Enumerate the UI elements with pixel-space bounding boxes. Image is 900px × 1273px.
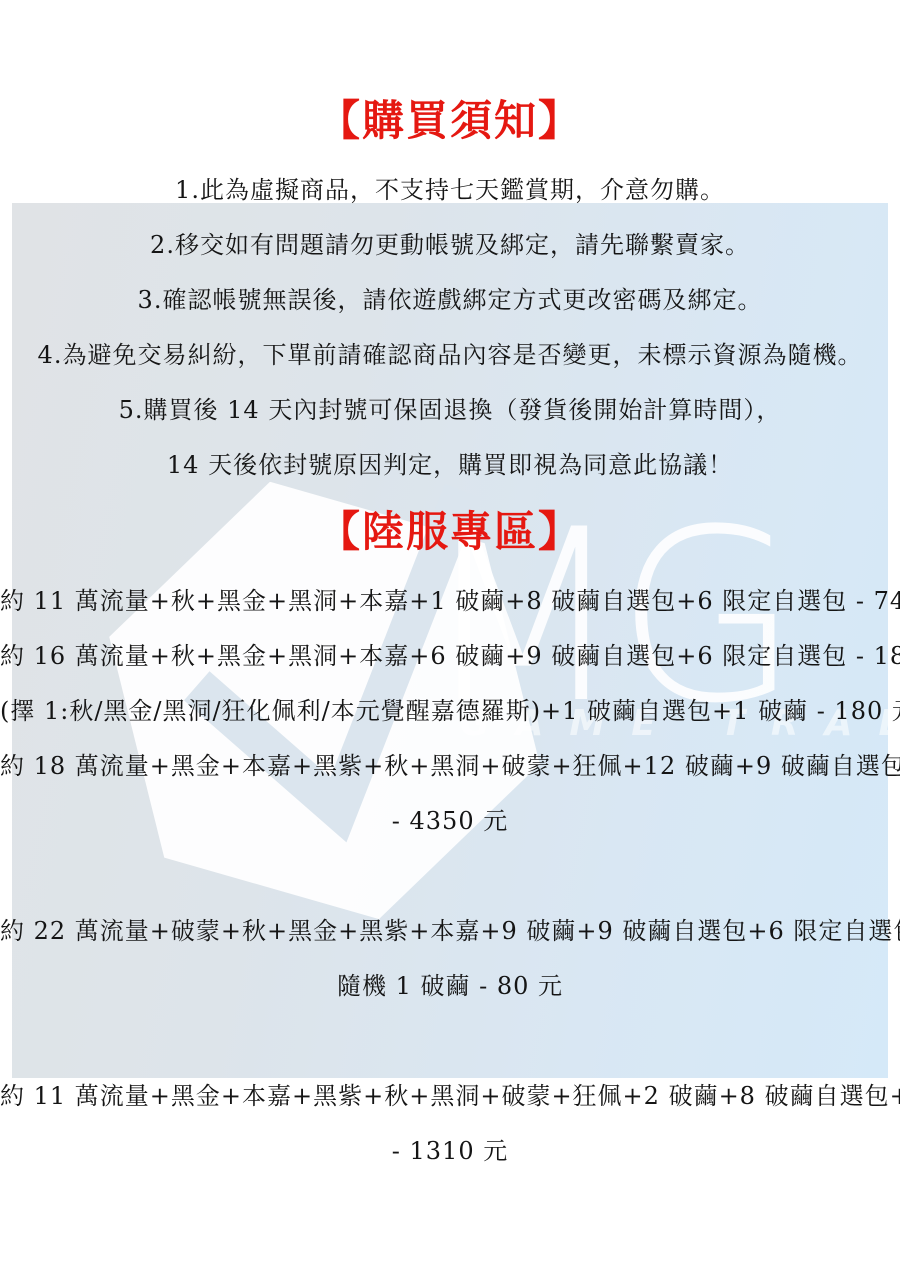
notice-item: 4.為避免交易糾紛，下單前請確認商品內容是否變更，未標示資源為隨機。 xyxy=(0,328,900,383)
listing-line: 隨機 1 破繭 - 80 元 xyxy=(0,959,900,1014)
listing-line: 約 22 萬流量+破蒙+秋+黑金+黑紫+本嘉+9 破繭+9 破繭自選包+6 限定… xyxy=(0,904,900,959)
listing-line: 約 16 萬流量+秋+黑金+黑洞+本嘉+6 破繭+9 破繭自選包+6 限定自選包… xyxy=(0,629,900,684)
blank-line xyxy=(0,849,900,904)
notice-title: 【購買須知】 xyxy=(0,95,900,147)
page: MG GAME TRADE 【購買須知】 1.此為虛擬商品，不支持七天鑑賞期，介… xyxy=(0,0,900,1273)
content: 【購買須知】 1.此為虛擬商品，不支持七天鑑賞期，介意勿購。2.移交如有問題請勿… xyxy=(0,0,900,1273)
listing-line: 約 11 萬流量+黑金+本嘉+黑紫+秋+黑洞+破蒙+狂佩+2 破繭+8 破繭自選… xyxy=(0,1069,900,1124)
notice-item: 2.移交如有問題請勿更動帳號及綁定，請先聯繫賣家。 xyxy=(0,218,900,273)
blank-line xyxy=(0,1014,900,1069)
section-title: 【陸服專區】 xyxy=(0,506,900,558)
listing-line: 約 11 萬流量+秋+黑金+黑洞+本嘉+1 破繭+8 破繭自選包+6 限定自選包… xyxy=(0,574,900,629)
listing-line: 約 18 萬流量+黑金+本嘉+黑紫+秋+黑洞+破蒙+狂佩+12 破繭+9 破繭自… xyxy=(0,739,900,794)
listing-list: 約 11 萬流量+秋+黑金+黑洞+本嘉+1 破繭+8 破繭自選包+6 限定自選包… xyxy=(0,574,900,1179)
notice-item: 3.確認帳號無誤後，請依遊戲綁定方式更改密碼及綁定。 xyxy=(0,273,900,328)
notice-item: 14 天後依封號原因判定，購買即視為同意此協議！ xyxy=(0,438,900,493)
notice-item: 5.購買後 14 天內封號可保固退換（發貨後開始計算時間）， xyxy=(0,383,900,438)
notice-list: 1.此為虛擬商品，不支持七天鑑賞期，介意勿購。2.移交如有問題請勿更動帳號及綁定… xyxy=(0,163,900,493)
listing-line: (擇 1:秋/黑金/黑洞/狂化佩利/本元覺醒嘉德羅斯)+1 破繭自選包+1 破繭… xyxy=(0,684,900,739)
notice-item: 1.此為虛擬商品，不支持七天鑑賞期，介意勿購。 xyxy=(0,163,900,218)
listing-line: - 4350 元 xyxy=(0,794,900,849)
listing-line: - 1310 元 xyxy=(0,1124,900,1179)
